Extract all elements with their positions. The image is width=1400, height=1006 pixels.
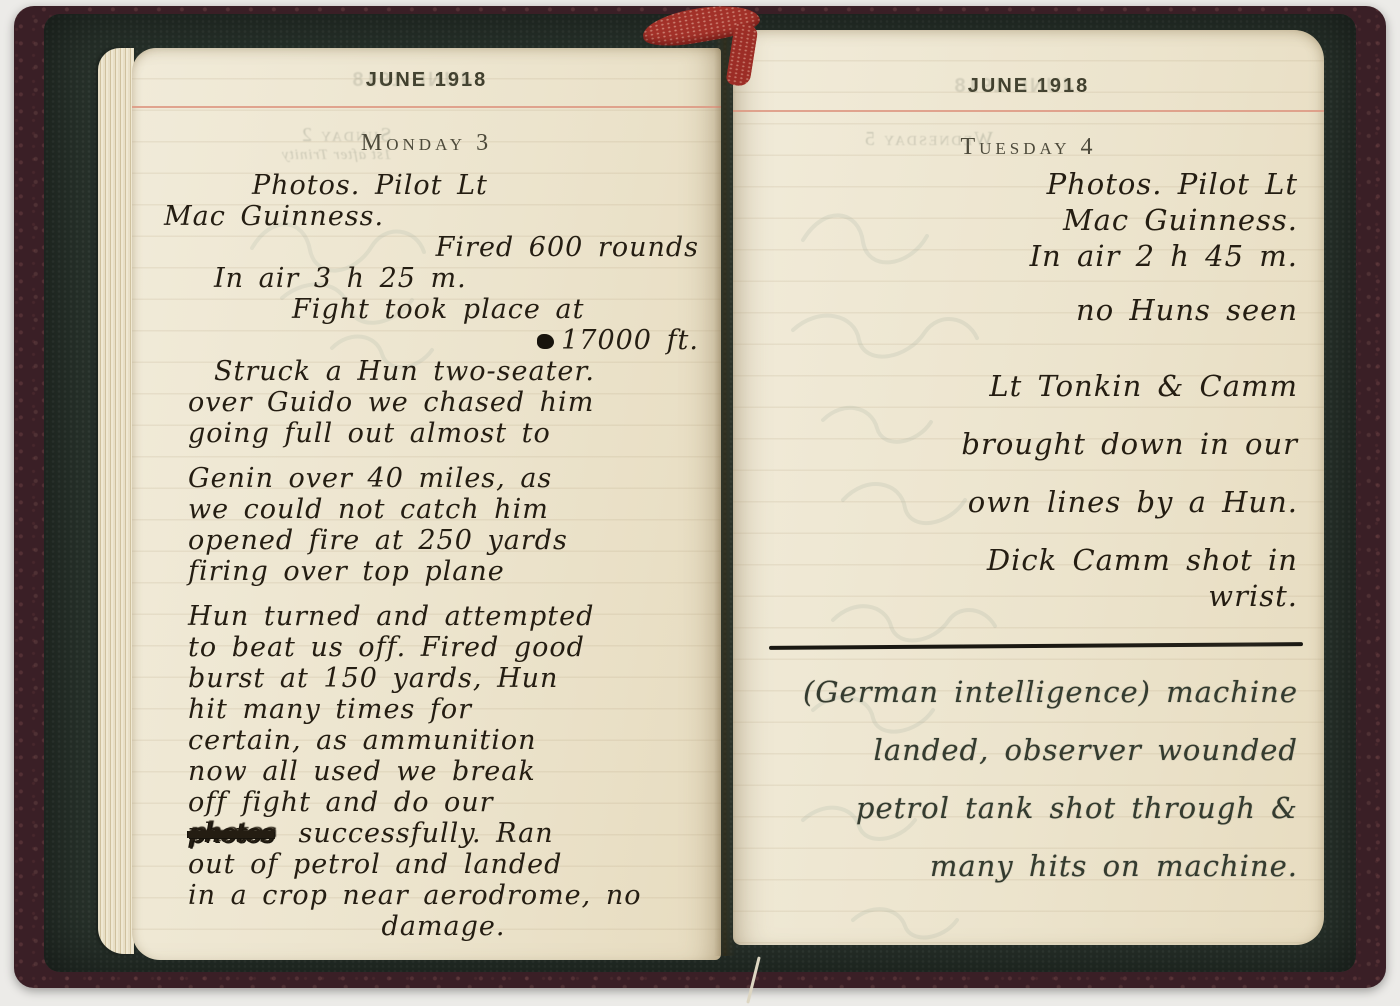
day-heading-row: Sunday 21st after Trinity Monday 3 bbox=[132, 128, 721, 158]
ink-blot bbox=[537, 334, 554, 349]
diary-line: in a crop near aerodrome, no bbox=[188, 880, 699, 911]
month-ghost-bleedthrough: JUNE 1918 bbox=[350, 69, 471, 92]
page-edges-stack bbox=[98, 48, 134, 954]
diary-line: Hun turned and attempted bbox=[188, 601, 699, 632]
diary-line: many hits on machine. bbox=[811, 848, 1298, 884]
diary-line: hit many times for bbox=[188, 694, 699, 725]
paragraph-gap bbox=[785, 328, 1298, 346]
month-ghost-bleedthrough: JUNE 1918 bbox=[952, 75, 1073, 98]
scribbled-overwritten-word: photos bbox=[188, 818, 274, 849]
diary-line: out of petrol and landed bbox=[188, 849, 699, 880]
diary-line: firing over top plane bbox=[188, 556, 699, 587]
diary-line: brought down in our bbox=[785, 426, 1298, 462]
printed-red-rule bbox=[733, 110, 1324, 112]
diary-line: Fired 600 rounds bbox=[188, 232, 699, 263]
diary-entry-tuesday-4: Photos. Pilot LtMac Guinness.In air 2 h … bbox=[733, 166, 1324, 884]
diary-line: now all used we break bbox=[188, 756, 699, 787]
paragraph-gap bbox=[188, 587, 699, 601]
diary-line: 17000 ft. bbox=[188, 325, 699, 356]
diary-entry-monday-3: Photos. Pilot LtMac Guinness.Fired 600 r… bbox=[132, 170, 721, 942]
printed-red-rule bbox=[132, 106, 721, 108]
day-heading-row: Wednesday 5 Tuesday 4 bbox=[733, 132, 1324, 162]
diary-line: In air 2 h 45 m. bbox=[811, 238, 1298, 274]
paragraph-gap bbox=[188, 449, 699, 463]
diary-line: (German intelligence) machine bbox=[785, 674, 1298, 710]
hand-drawn-ink-divider bbox=[769, 642, 1303, 650]
diary-line: over Guido we chased him bbox=[188, 387, 699, 418]
diary-line: Mac Guinness. bbox=[761, 202, 1298, 238]
bookmark-ribbon bbox=[638, 0, 778, 106]
month-header-row: JUNE 1918 JUNE 1918 bbox=[733, 74, 1324, 98]
diary-line: Struck a Hun two-seater. bbox=[214, 356, 699, 387]
diary-page-left: JUNE 1918 JUNE 1918 Sunday 21st after Tr… bbox=[132, 48, 721, 960]
ghost-day-bleedthrough: Wednesday 5 bbox=[863, 128, 993, 151]
diary-line: Genin over 40 miles, as bbox=[188, 463, 699, 494]
diary-line: photos successfully. Ran bbox=[188, 818, 699, 849]
diary-line: Photos. Pilot Lt bbox=[849, 166, 1298, 202]
diary-line: Fight took place at bbox=[292, 294, 699, 325]
diary-line: burst at 150 yards, Hun bbox=[188, 663, 699, 694]
paragraph-gap bbox=[785, 274, 1298, 292]
diary-line: In air 3 h 25 m. bbox=[214, 263, 699, 294]
diary-line: off fight and do our bbox=[188, 787, 699, 818]
ghost-day-bleedthrough: Sunday 21st after Trinity bbox=[281, 124, 391, 164]
diary-line: own lines by a Hun. bbox=[785, 484, 1298, 520]
diary-line: petrol tank shot through & bbox=[785, 790, 1298, 826]
diary-line: we could not catch him bbox=[188, 494, 699, 525]
diary-line: landed, observer wounded bbox=[785, 732, 1298, 768]
diary-line: opened fire at 250 yards bbox=[188, 525, 699, 556]
diary-page-right: JUNE 1918 JUNE 1918 Wednesday 5 Tuesday … bbox=[733, 30, 1324, 945]
diary-line: Photos. Pilot Lt bbox=[252, 170, 699, 201]
diary-line: no Huns seen bbox=[849, 292, 1298, 328]
diary-line: certain, as ammunition bbox=[188, 725, 699, 756]
diary-line: Mac Guinness. bbox=[164, 201, 699, 232]
diary-line: Dick Camm shot in bbox=[811, 542, 1298, 578]
diary-line: going full out almost to bbox=[188, 418, 699, 449]
month-header-row: JUNE 1918 JUNE 1918 bbox=[132, 68, 721, 92]
diary-line: damage. bbox=[188, 911, 699, 942]
diary-line: to beat us off. Fired good bbox=[188, 632, 699, 663]
diary-line: wrist. bbox=[761, 578, 1298, 614]
diary-line: Lt Tonkin & Camm bbox=[811, 368, 1298, 404]
